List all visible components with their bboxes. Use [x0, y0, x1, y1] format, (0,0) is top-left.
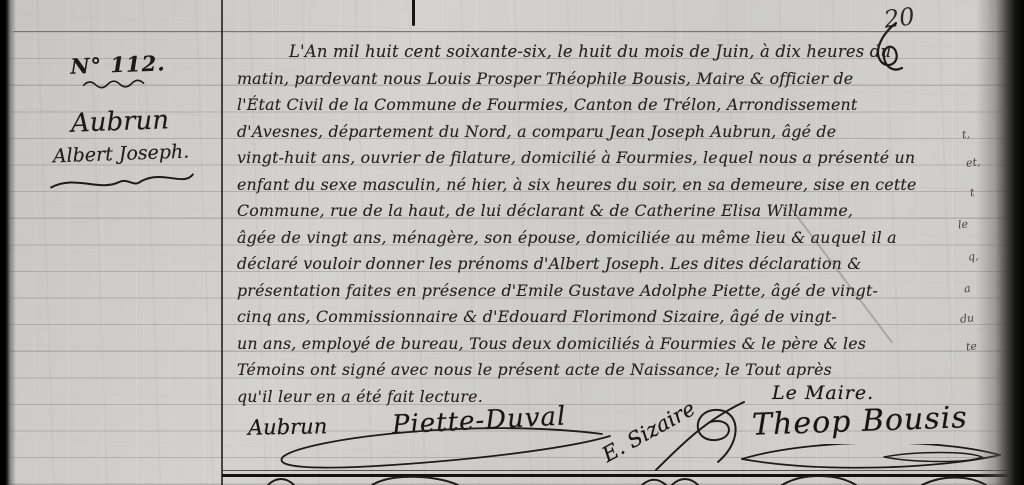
signature-mayor: Theop Bousis	[751, 400, 968, 443]
edge-mark: le	[957, 218, 968, 232]
record-number: N° 112.	[28, 49, 209, 80]
record-separator-line	[222, 470, 1018, 471]
record-given-names: Albert Joseph.	[31, 140, 212, 168]
act-text-line: un ans, employé de bureau, Tous deux dom…	[237, 331, 965, 358]
next-record-partial-strokes	[222, 476, 1022, 485]
act-text-line: l'État Civil de la Commune de Fourmies, …	[237, 92, 965, 119]
page-right-edge-shadow	[976, 0, 1024, 485]
act-text-line: vingt-huit ans, ouvrier de filature, dom…	[237, 145, 965, 172]
top-tick-mark	[412, 0, 415, 26]
act-text-line: présentation faites en présence d'Emile …	[237, 278, 965, 305]
wavy-underline	[81, 78, 155, 91]
act-text-line: matin, pardevant nous Louis Prosper Théo…	[237, 66, 965, 93]
mayor-title: Le Maire.	[772, 382, 874, 404]
act-text-line: Commune, rue de la haut, de lui déclaran…	[237, 198, 965, 225]
edge-mark: du	[959, 311, 974, 325]
act-body: L'An mil huit cent soixante-six, le huit…	[237, 39, 965, 410]
act-text-line: enfant du sexe masculin, né hier, à six …	[237, 172, 965, 199]
record-surname: Aubrun	[29, 104, 210, 140]
edge-mark: t,	[961, 128, 970, 142]
act-text-line: Témoins ont signé avec nous le présent a…	[237, 357, 965, 384]
signature-underline-flourish	[268, 422, 618, 476]
act-text-line: cinq ans, Commissionnaire & d'Edouard Fl…	[237, 304, 965, 331]
act-text-line: L'An mil huit cent soixante-six, le huit…	[237, 39, 965, 66]
act-text-line: déclaré vouloir donner les prénoms d'Alb…	[237, 251, 965, 278]
edge-mark: t	[969, 186, 975, 199]
brace-flourish	[47, 166, 198, 197]
edge-mark: a	[963, 282, 971, 296]
margin-rule-line	[221, 0, 223, 485]
margin-column: N° 112. Aubrun Albert Joseph.	[28, 49, 213, 198]
page-left-edge-shadow	[0, 0, 16, 485]
act-text-line: âgée de vingt ans, ménagère, son épouse,…	[237, 225, 965, 252]
act-text-line: d'Avesnes, département du Nord, a compar…	[237, 119, 965, 146]
scanned-register-page: 20 N° 112. Aubrun Albert Joseph. L'An mi…	[0, 0, 1024, 485]
